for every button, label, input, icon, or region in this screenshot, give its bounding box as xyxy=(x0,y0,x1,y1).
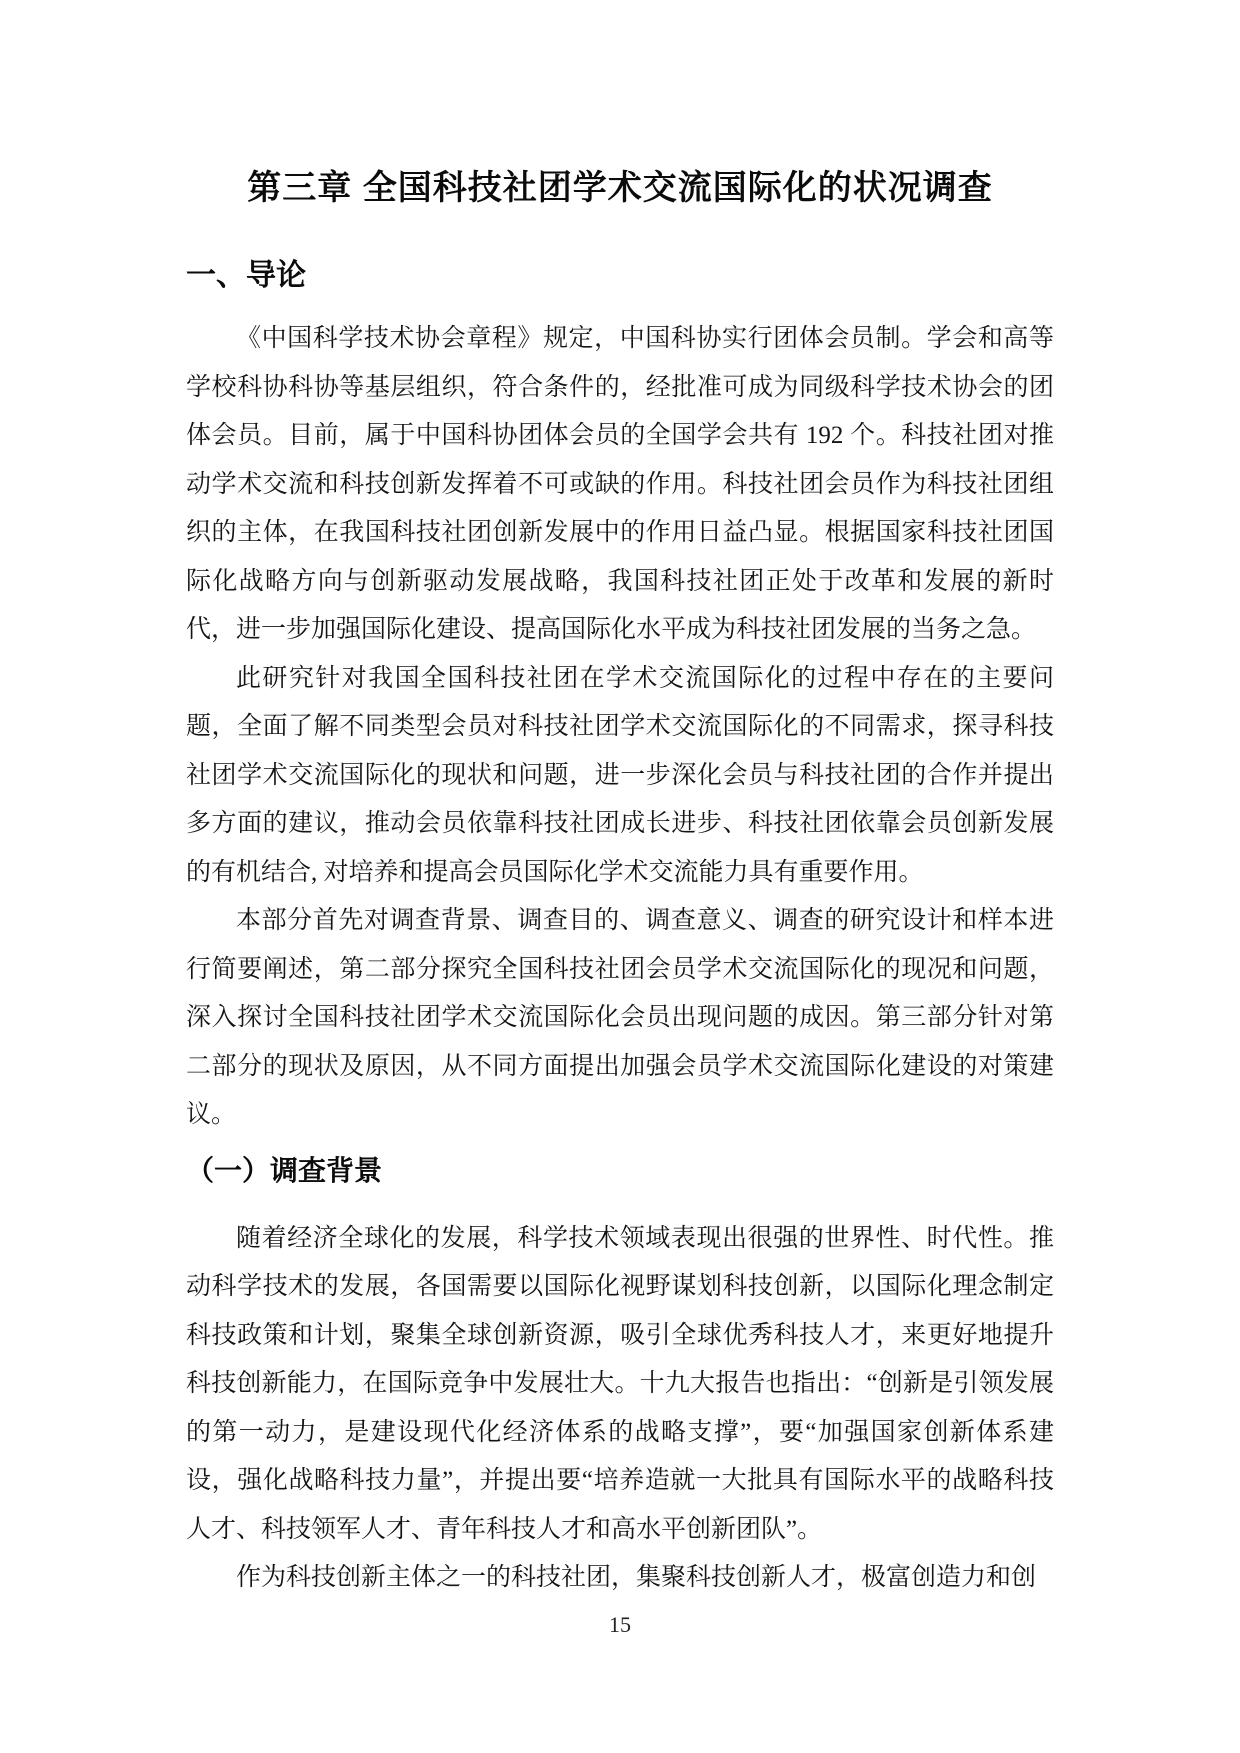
document-content: 第三章 全国科技社团学术交流国际化的状况调查 一、导论 《中国科学技术协会章程》… xyxy=(186,164,1054,1603)
page-number: 15 xyxy=(0,1610,1240,1640)
subsection-heading-survey-background: （一）调查背景 xyxy=(186,1150,1054,1192)
paragraph-background-2: 作为科技创新主体之一的科技社团，集聚科技创新人才，极富创造力和创 xyxy=(186,1554,1054,1603)
document-page: 第三章 全国科技社团学术交流国际化的状况调查 一、导论 《中国科学技术协会章程》… xyxy=(0,0,1240,1753)
paragraph-intro-1: 《中国科学技术协会章程》规定，中国科协实行团体会员制。学会和高等学校科协科协等基… xyxy=(186,315,1054,655)
paragraph-background-1: 随着经济全球化的发展，科学技术领域表现出很强的世界性、时代性。推动科学技术的发展… xyxy=(186,1215,1054,1555)
chapter-title: 第三章 全国科技社团学术交流国际化的状况调查 xyxy=(186,164,1054,212)
paragraph-intro-3: 本部分首先对调查背景、调查目的、调查意义、调查的研究设计和样本进行简要阐述，第二… xyxy=(186,897,1054,1140)
paragraph-intro-2: 此研究针对我国全国科技社团在学术交流国际化的过程中存在的主要问题，全面了解不同类… xyxy=(186,655,1054,898)
section-heading-intro: 一、导论 xyxy=(186,254,1054,298)
